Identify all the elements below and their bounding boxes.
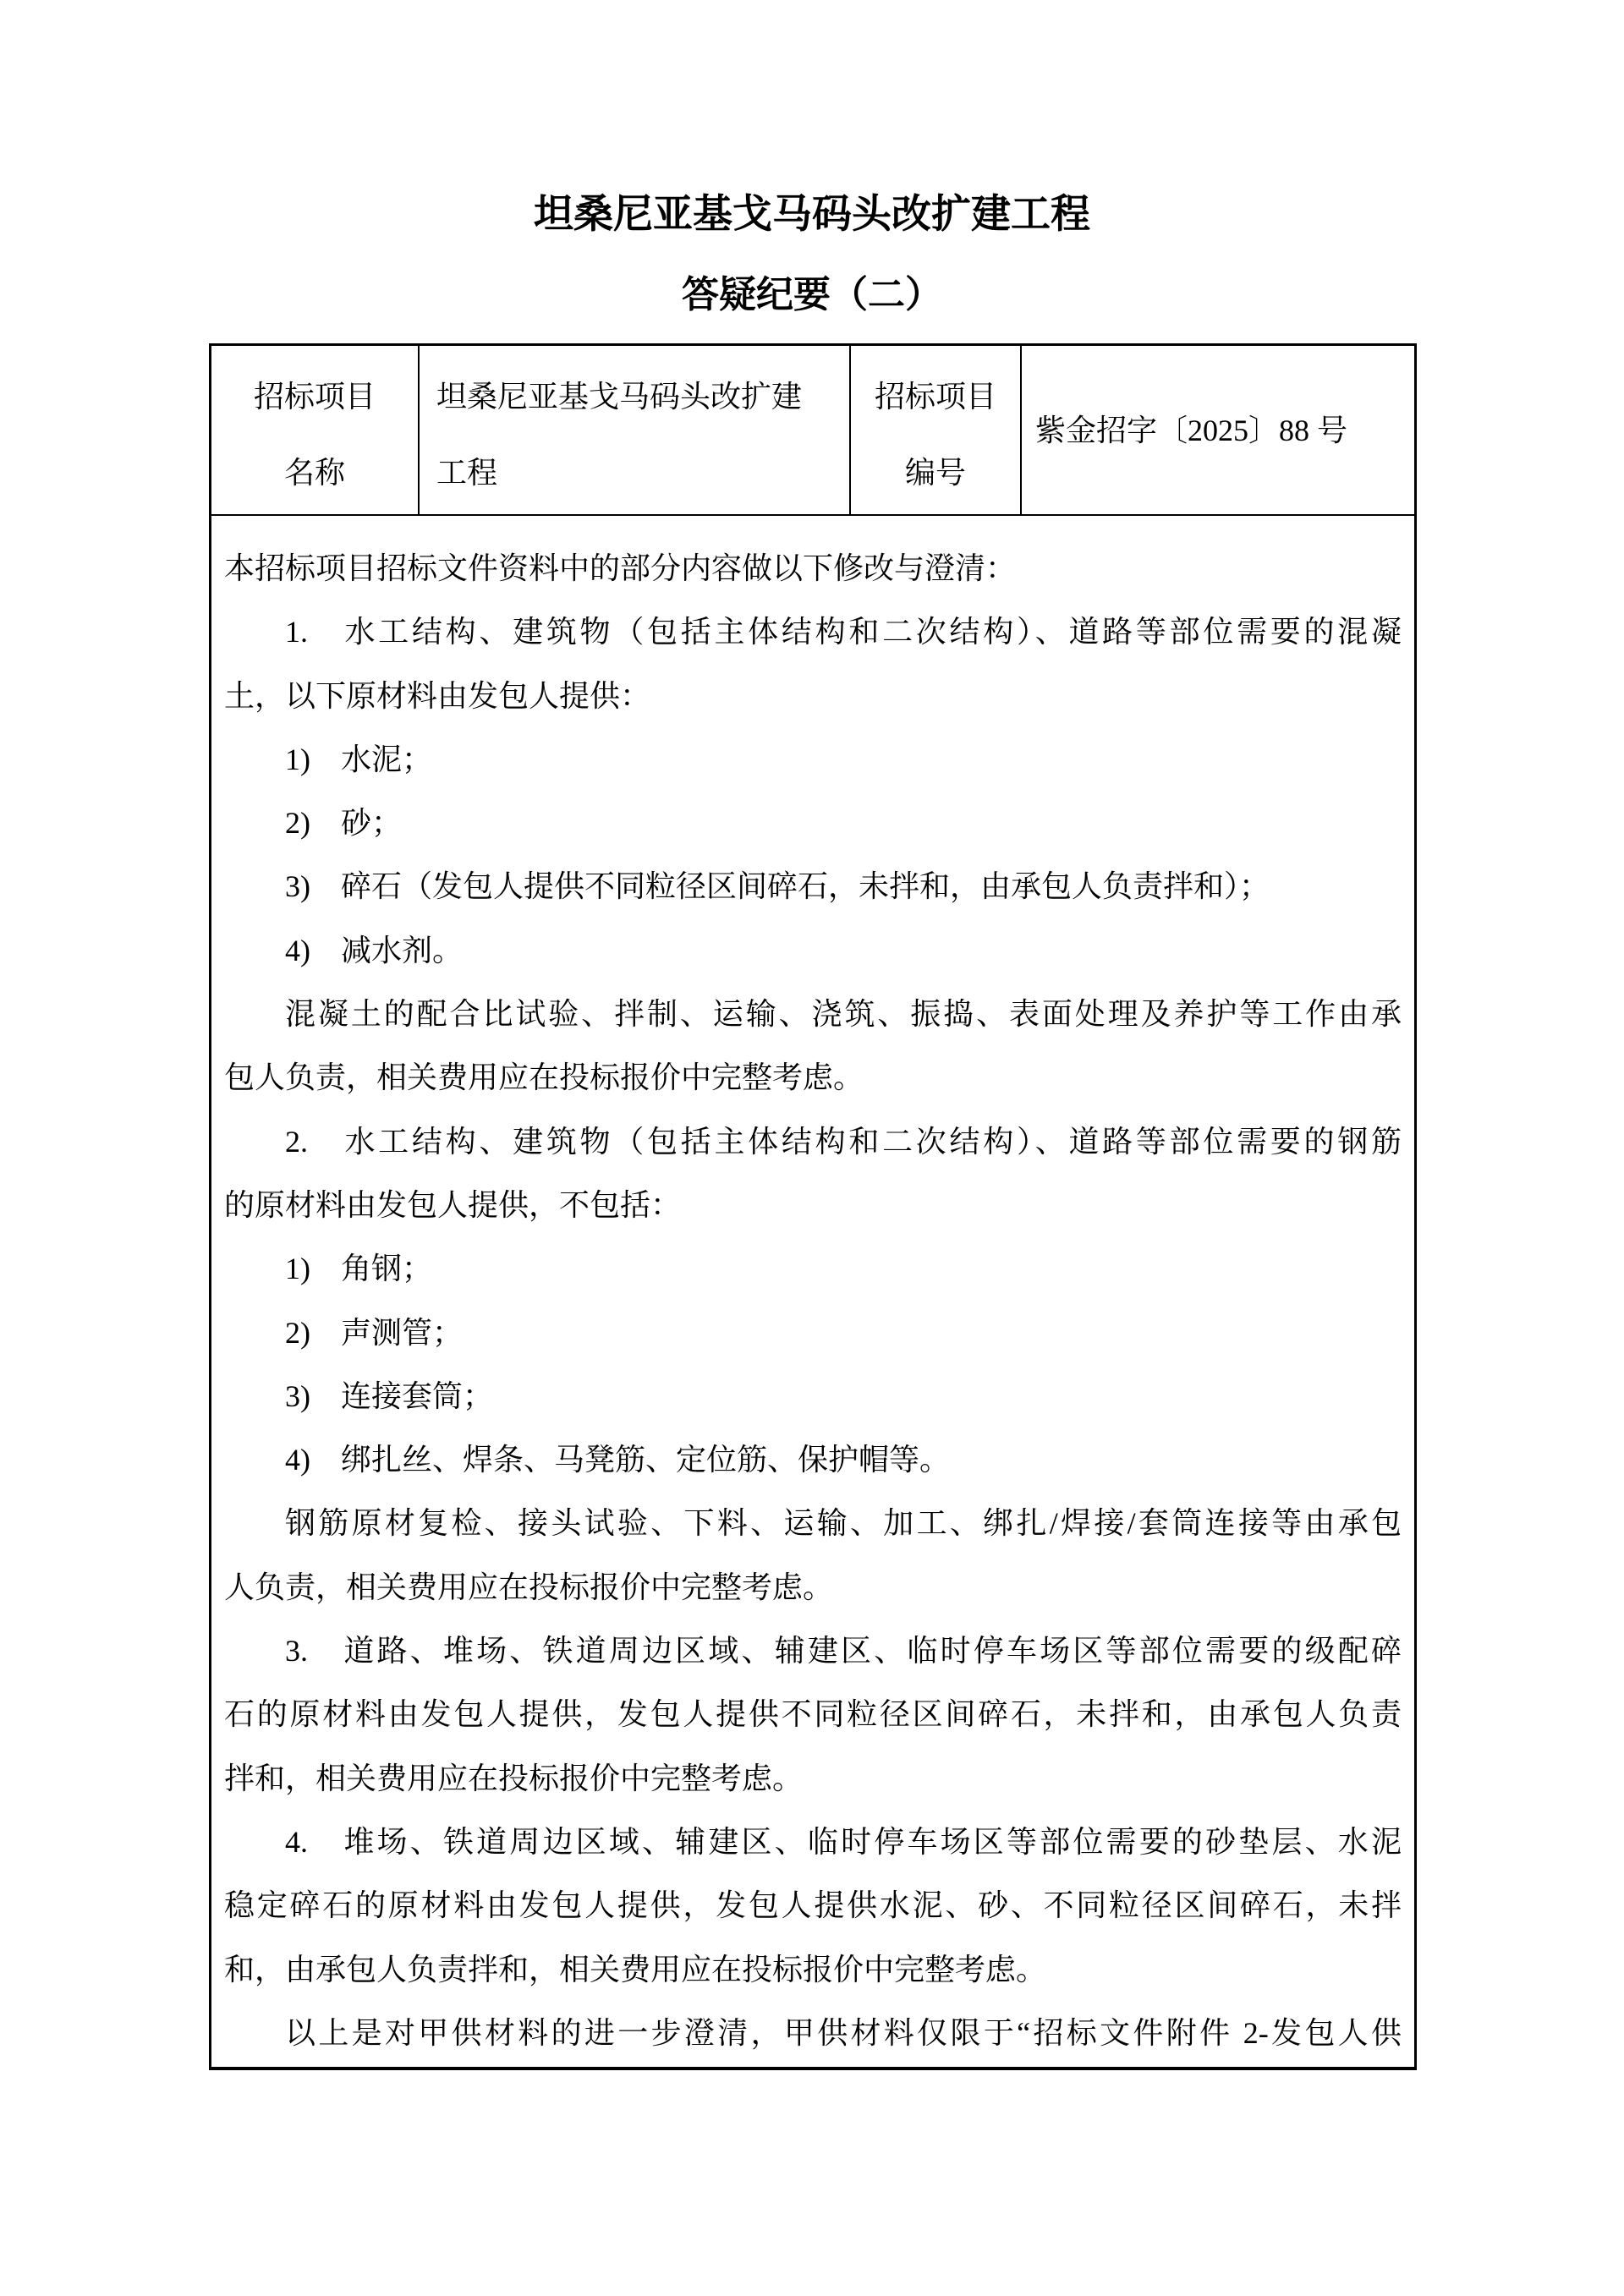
- body-line: 1. 水工结构、建筑物（包括主体结构和二次结构）、道路等部位需要的混凝: [224, 600, 1402, 664]
- body-line: 以上是对甲供材料的进一步澄清，甲供材料仅限于“招标文件附件 2-发包人供: [224, 2002, 1402, 2065]
- tender-name-value-cell: 坦桑尼亚基戈马码头改扩建 工程: [420, 346, 851, 514]
- body-line: 2) 声测管；: [224, 1301, 1402, 1365]
- body-line: 1) 水泥；: [224, 728, 1402, 792]
- body-line: 混凝土的配合比试验、拌制、运输、浇筑、振捣、表面处理及养护等工作由承: [224, 983, 1402, 1046]
- tender-name-value-line1: 坦桑尼亚基戈马码头改扩建: [436, 359, 849, 435]
- document-subtitle: 答疑纪要（二）: [0, 271, 1624, 320]
- body-line: 土，以下原材料由发包人提供：: [224, 665, 1402, 728]
- tender-name-value-line2: 工程: [436, 435, 849, 511]
- body-line: 石的原材料由发包人提供，发包人提供不同粒径区间碎石，未拌和，由承包人负责: [224, 1683, 1402, 1746]
- body-line: 的原材料由发包人提供，不包括：: [224, 1174, 1402, 1237]
- body-line: 2. 水工结构、建筑物（包括主体结构和二次结构）、道路等部位需要的钢筋: [224, 1110, 1402, 1174]
- body-line: 本招标项目招标文件资料中的部分内容做以下修改与澄清：: [224, 537, 1402, 600]
- tender-number-value: 紫金招字〔2025〕88 号: [1035, 411, 1414, 450]
- body-line: 和，由承包人负责拌和，相关费用应在投标报价中完整考虑。: [224, 1938, 1402, 2002]
- tender-name-label-cell: 招标项目 名称: [211, 346, 420, 514]
- body-line: 1) 角钢；: [224, 1237, 1402, 1301]
- clarification-body: 本招标项目招标文件资料中的部分内容做以下修改与澄清：1. 水工结构、建筑物（包括…: [211, 516, 1414, 2067]
- body-line: 2) 砂；: [224, 792, 1402, 855]
- tender-number-label-line1: 招标项目: [851, 359, 1020, 435]
- tender-number-label-cell: 招标项目 编号: [851, 346, 1022, 514]
- body-line: 钢筋原材复检、接头试验、下料、运输、加工、绑扎/焊接/套筒连接等由承包: [224, 1492, 1402, 1555]
- tender-number-label-line2: 编号: [851, 435, 1020, 511]
- body-line: 稳定碎石的原材料由发包人提供，发包人提供水泥、砂、不同粒径区间碎石，未拌: [224, 1874, 1402, 1937]
- tender-name-label-line1: 招标项目: [211, 359, 418, 435]
- document-title: 坦桑尼亚基戈马码头改扩建工程: [0, 189, 1624, 240]
- body-line: 包人负责，相关费用应在投标报价中完整考虑。: [224, 1046, 1402, 1110]
- tender-number-value-cell: 紫金招字〔2025〕88 号: [1022, 346, 1414, 514]
- body-line: 4. 堆场、铁道周边区域、辅建区、临时停车场区等部位需要的砂垫层、水泥: [224, 1811, 1402, 1874]
- tender-name-label-line2: 名称: [211, 435, 418, 511]
- body-line: 4) 减水剂。: [224, 919, 1402, 983]
- info-table-header-row: 招标项目 名称 坦桑尼亚基戈马码头改扩建 工程 招标项目 编号 紫金招字〔202…: [211, 346, 1414, 516]
- body-line: 拌和，相关费用应在投标报价中完整考虑。: [224, 1747, 1402, 1811]
- body-line: 3) 碎石（发包人提供不同粒径区间碎石，未拌和，由承包人负责拌和）；: [224, 855, 1402, 918]
- body-line: 4) 绑扎丝、焊条、马凳筋、定位筋、保护帽等。: [224, 1428, 1402, 1492]
- tender-info-table: 招标项目 名称 坦桑尼亚基戈马码头改扩建 工程 招标项目 编号 紫金招字〔202…: [209, 343, 1417, 2070]
- document-page: 坦桑尼亚基戈马码头改扩建工程 答疑纪要（二） 招标项目 名称 坦桑尼亚基戈马码头…: [0, 0, 1624, 2296]
- body-line: 3. 道路、堆场、铁道周边区域、辅建区、临时停车场区等部位需要的级配碎: [224, 1619, 1402, 1683]
- body-line: 3) 连接套筒；: [224, 1365, 1402, 1428]
- body-line: 人负责，相关费用应在投标报价中完整考虑。: [224, 1556, 1402, 1619]
